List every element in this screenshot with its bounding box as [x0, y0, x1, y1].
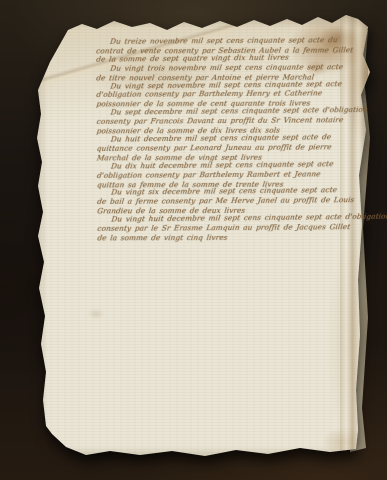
manuscript-photo: Du treize novembre mil sept cens cinquan… — [0, 0, 387, 480]
handwritten-text-block: Du treize novembre mil sept cens cinquan… — [95, 36, 358, 243]
manuscript-line: de la somme de vingt cinq livres — [97, 233, 360, 243]
manuscript-line: d'obligation consenty par Barthelemy Ram… — [96, 170, 359, 181]
